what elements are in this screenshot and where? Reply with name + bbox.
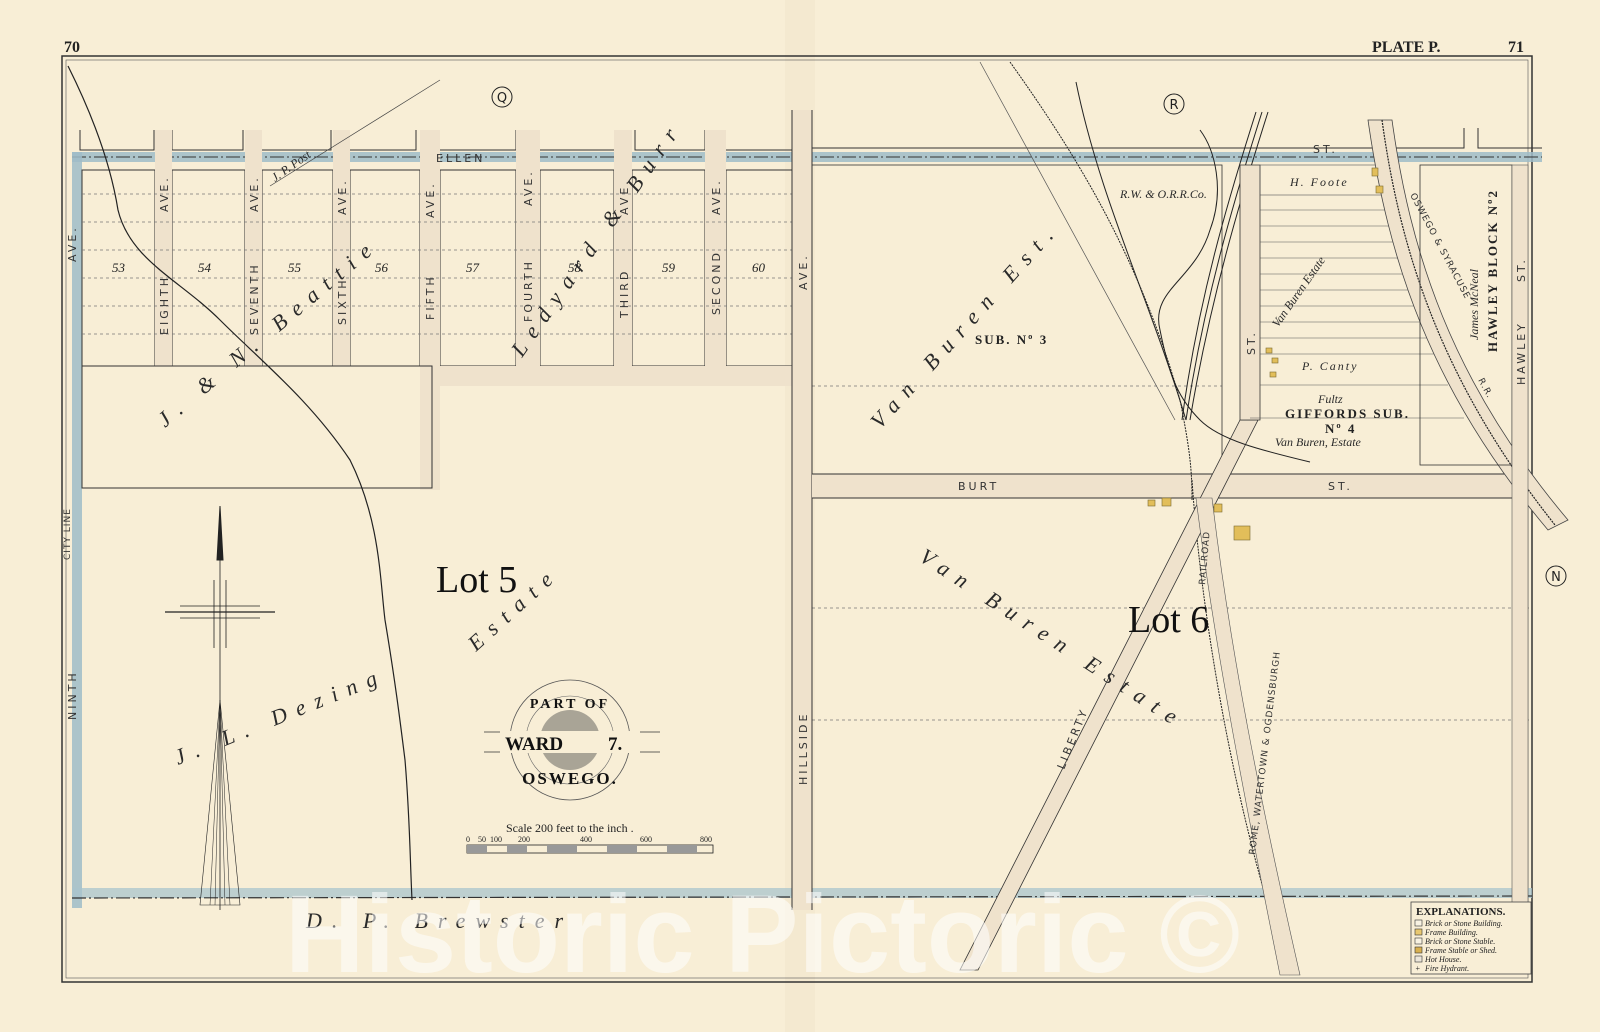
legend-item-brick-stable: Brick or Stone Stable. — [1415, 937, 1495, 946]
sixth-ave-suffix: AVE. — [336, 178, 349, 215]
hawley-street-label: HAWLEY — [1515, 321, 1528, 385]
burt-street-label: BURT — [958, 480, 999, 493]
right-page-number: 71 — [1508, 39, 1524, 56]
scale-tick-600: 600 — [640, 835, 652, 844]
giffords-no4-label: Nº 4 — [1325, 421, 1356, 436]
ellen-street-label: ELLEN — [436, 152, 485, 165]
lot-number-56: 56 — [375, 260, 389, 275]
legend-title: EXPLANATIONS. — [1416, 906, 1506, 918]
scale-title: Scale 200 feet to the inch . — [506, 821, 634, 835]
fifth-ave-suffix: AVE. — [424, 181, 437, 218]
city-line-blue-band — [72, 152, 82, 908]
ninth-ave-label: NINTH — [66, 670, 79, 720]
left-page-number: 70 — [64, 39, 80, 56]
owner-james-mcneal: James McNeal — [1467, 268, 1481, 340]
legend-item-frame-stable: Frame Stable or Shed. — [1415, 946, 1497, 955]
lot-5-label: Lot 5 — [436, 559, 517, 601]
scale-tick-0: 0 — [466, 835, 470, 844]
legend-item-frame-building: Frame Building. — [1415, 928, 1478, 937]
city-line-label: CITY LINE — [63, 508, 73, 560]
svg-text:Brick or Stone Building.: Brick or Stone Building. — [1425, 919, 1503, 928]
cartouche-ward-number: 7. — [608, 734, 622, 755]
plate-label: PLATE P. — [1372, 39, 1440, 56]
third-ave-label: THIRD — [618, 269, 631, 319]
map-canvas: 70 PLATE P. 71 — [0, 0, 1600, 1032]
eighth-ave-label: EIGHTH — [158, 275, 171, 335]
fifth-ave-label: FIFTH — [424, 274, 437, 320]
svg-text:Frame Building.: Frame Building. — [1424, 928, 1478, 937]
seventh-ave-suffix: AVE. — [248, 175, 261, 212]
owner-h-foote: H. Foote — [1289, 175, 1349, 189]
lot-number-53: 53 — [112, 260, 126, 275]
lot-number-57: 57 — [466, 260, 480, 275]
giffords-sub-label: GIFFORDS SUB. — [1285, 406, 1410, 421]
hawley-st-suffix-label: ST. — [1515, 257, 1528, 282]
owner-van-buren-estate-2: Van Buren, Estate — [1275, 435, 1362, 449]
scale-tick-100: 100 — [490, 835, 502, 844]
hillside-ave-suffix: AVE. — [797, 253, 810, 290]
scale-tick-800: 800 — [700, 835, 712, 844]
lot-6-label: Lot 6 — [1128, 599, 1209, 641]
cartouche-oswego: OSWEGO. — [522, 769, 618, 788]
fourth-ave-suffix: AVE. — [522, 169, 535, 206]
owner-p-canty: P. Canty — [1301, 359, 1358, 373]
ninth-ave-suffix-label: AVE. — [66, 225, 79, 262]
eighth-ave-suffix: AVE. — [158, 175, 171, 212]
svg-text:R: R — [1169, 98, 1178, 113]
unnamed-st-vertical — [1240, 165, 1260, 420]
st-vertical-label: ST. — [1245, 330, 1258, 355]
svg-text:Fire Hydrant.: Fire Hydrant. — [1424, 964, 1469, 973]
lot-number-55: 55 — [288, 260, 302, 275]
second-ave-suffix: AVE. — [710, 178, 723, 215]
svg-text:Brick or Stone Stable.: Brick or Stone Stable. — [1425, 937, 1495, 946]
hawley-block-no2-label: HAWLEY BLOCK Nº2 — [1485, 189, 1500, 352]
lot-number-60: 60 — [752, 260, 766, 275]
burt-street — [812, 474, 1530, 498]
cartouche-part-of: PART OF — [530, 697, 610, 712]
lot-number-54: 54 — [198, 260, 212, 275]
ellen-st-suffix-label: ST. — [1313, 143, 1338, 156]
svg-text:Q: Q — [497, 91, 507, 106]
sub-no3-label: SUB. Nº 3 — [975, 332, 1048, 347]
fire-hydrant-icon: + — [1415, 964, 1420, 973]
svg-text:Hot House.: Hot House. — [1424, 955, 1461, 964]
watermark: Historic Pictoric © — [285, 873, 1240, 996]
cartouche-ward: WARD — [505, 734, 563, 755]
owner-rwo-rr-co: R.W. & O.R.R.Co. — [1119, 187, 1207, 201]
svg-text:Frame Stable or Shed.: Frame Stable or Shed. — [1424, 946, 1497, 955]
svg-text:N: N — [1551, 570, 1561, 585]
burt-st-suffix-label: ST. — [1328, 480, 1353, 493]
legend-explanations: EXPLANATIONS. Brick or Stone Building. F… — [1411, 902, 1531, 974]
scale-tick-200: 200 — [518, 835, 530, 844]
owner-fultz: Fultz — [1317, 392, 1343, 406]
second-ave-label: SECOND — [710, 250, 723, 315]
scale-tick-50: 50 — [478, 835, 486, 844]
legend-item-brick-building: Brick or Stone Building. — [1415, 919, 1503, 928]
scale-tick-400: 400 — [580, 835, 592, 844]
hillside-ave-label: HILLSIDE — [797, 712, 810, 785]
lot-number-59: 59 — [662, 260, 676, 275]
